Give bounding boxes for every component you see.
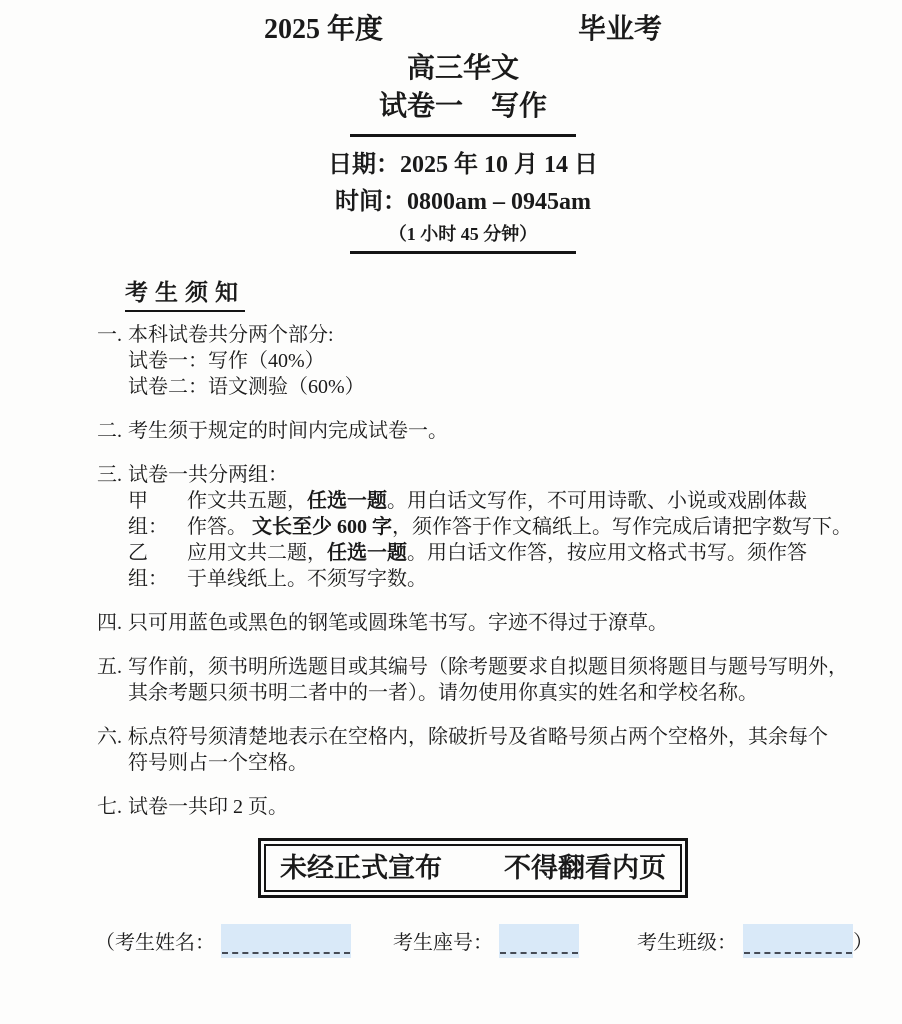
text-segment: 。用白话文作答，按应用文格式书写。须作答 [407,542,807,564]
exam-time: 时间：0800am – 0945am [12,184,902,221]
group-label: 甲组： [128,488,187,540]
group-line: 于单线纸上。不须写字数。 [187,566,857,592]
item-number: 四. [97,610,128,636]
text-segment-bold: 任选一题 [307,490,387,512]
notice-item-2: 二. 考生须于规定的时间内完成试卷一。 [97,418,857,444]
notice-body: 一. 本科试卷共分两个部分: 试卷一：写作（40%） 试卷二：语文测验（60%）… [97,322,857,820]
divider-bottom [350,251,576,254]
group-line: 作答。 文长至少 600 字，须作答于作文稿纸上。写作完成后请把字数写下。 [187,514,857,540]
item-number: 一. [97,322,128,400]
year-title: 2025 年度 [264,12,383,48]
student-name-label: 考生姓名： [115,928,215,958]
item-line: 写作前，须书明所选题目或其编号（除考题要求自拟题目须将题目与题号写明外， [128,654,857,680]
text-segment: 。用白话文写作，不可用诗歌、小说或戏剧体裁 [387,490,807,512]
item-number: 二. [97,418,128,444]
paren-close: ） [853,928,873,958]
item-line: 试卷一共印 2 页。 [128,794,857,820]
subject-title: 高三华文 [12,50,902,88]
text-segment: ，须作答于作文稿纸上。写作完成后请把字数写下。 [392,516,852,538]
notice-item-6: 六. 标点符号须清楚地表示在空格内，除破折号及省略号须占两个空格外，其余每个 符… [97,724,857,776]
paren-open: （ [95,928,115,958]
item-line: 标点符号须清楚地表示在空格内，除破折号及省略号须占两个空格外，其余每个 [128,724,857,750]
group-line: 应用文共二题，任选一题。用白话文作答，按应用文格式书写。须作答 [187,540,857,566]
notice-item-3: 三. 试卷一共分两组： 甲组： 作文共五题，任选一题。用白话文写作，不可用诗歌、… [97,462,857,592]
exam-title: 毕业考 [578,12,662,48]
notice-heading: 考生须知 [125,274,245,312]
exam-date: 日期：2025 年 10 月 14 日 [12,147,902,184]
text-segment-bold: 文长至少 600 字 [252,516,392,538]
warning-text-left: 未经正式宣布 [280,846,442,890]
candidate-info-row: （ 考生姓名： 考生座号： 考生班级： ） [0,924,902,958]
item-line: 试卷二：语文测验（60%） [128,374,857,400]
title-row: 2025 年度 毕业考 [12,12,902,48]
item-number: 五. [97,654,128,706]
item-line: 试卷一共分两组： [128,462,857,488]
group-yi: 乙组： 应用文共二题，任选一题。用白话文作答，按应用文格式书写。须作答 于单线纸… [128,540,857,592]
item-line: 符号则占一个空格。 [128,750,857,776]
exam-duration: （1 小时 45 分钟） [12,221,902,247]
warning-box: 未经正式宣布 不得翻看内页 [258,838,688,898]
item-number: 七. [97,794,128,820]
item-line: 试卷一：写作（40%） [128,348,857,374]
group-label: 乙组： [128,540,187,592]
item-line: 本科试卷共分两个部分: [128,322,857,348]
item-number: 三. [97,462,128,592]
exam-cover-page: 2025 年度 毕业考 高三华文 试卷一 写作 日期：2025 年 10 月 1… [0,0,902,1024]
warning-text-right: 不得翻看内页 [504,846,666,890]
item-line: 只可用蓝色或黑色的钢笔或圆珠笔书写。字迹不得过于潦草。 [128,610,857,636]
exam-header: 2025 年度 毕业考 高三华文 试卷一 写作 日期：2025 年 10 月 1… [12,0,902,254]
group-line: 作文共五题，任选一题。用白话文写作，不可用诗歌、小说或戏剧体裁 [187,488,857,514]
item-line: 其余考题只须书明二者中的一者）。请勿使用你真实的姓名和学校名称。 [128,680,857,706]
class-label: 考生班级： [637,928,737,958]
text-segment: 应用文共二题， [187,542,327,564]
paper-title: 试卷一 写作 [12,88,902,126]
text-segment: 于单线纸上。不须写字数。 [187,568,427,590]
item-line: 考生须于规定的时间内完成试卷一。 [128,418,857,444]
text-segment-bold: 任选一题 [327,542,407,564]
notice-item-1: 一. 本科试卷共分两个部分: 试卷一：写作（40%） 试卷二：语文测验（60%） [97,322,857,400]
seat-number-label: 考生座号： [393,928,493,958]
student-name-field[interactable] [221,924,351,958]
text-segment: 作文共五题， [187,490,307,512]
candidate-notice: 考生须知 一. 本科试卷共分两个部分: 试卷一：写作（40%） 试卷二：语文测验… [0,254,902,820]
group-jia: 甲组： 作文共五题，任选一题。用白话文写作，不可用诗歌、小说或戏剧体裁 作答。 … [128,488,857,540]
notice-item-4: 四. 只可用蓝色或黑色的钢笔或圆珠笔书写。字迹不得过于潦草。 [97,610,857,636]
notice-item-7: 七. 试卷一共印 2 页。 [97,794,857,820]
text-segment: 作答。 [187,516,252,538]
item-number: 六. [97,724,128,776]
divider-top [350,134,576,137]
seat-number-field[interactable] [499,924,579,958]
warning-box-inner: 未经正式宣布 不得翻看内页 [264,844,682,892]
notice-item-5: 五. 写作前，须书明所选题目或其编号（除考题要求自拟题目须将题目与题号写明外， … [97,654,857,706]
class-field[interactable] [743,924,853,958]
